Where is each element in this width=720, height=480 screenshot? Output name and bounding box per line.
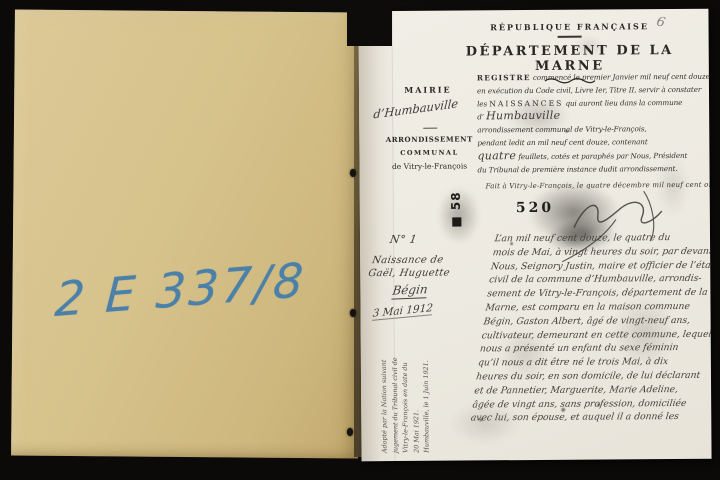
preamble-text: commencé le premier Janvier mil neuf cen… xyxy=(531,72,712,82)
preamble-text: d’ xyxy=(477,113,486,122)
act-line: Bégin, Gaston Albert, âgé de vingt-neuf … xyxy=(483,314,712,329)
act-number: N° 1 xyxy=(389,233,418,246)
commune-fillin: Humbauville xyxy=(486,109,560,123)
department-title: DÉPARTEMENT DE LA MARNE xyxy=(439,42,701,74)
preamble-text: feuillets, cotés et paraphés par Nous, P… xyxy=(516,151,687,161)
registre-word: REGISTRE xyxy=(477,73,531,82)
arrondissement-name: de Vitry-le-François xyxy=(377,161,481,171)
punch-hole xyxy=(350,309,356,317)
preamble-line: en exécution du Code civil, Livre Ier, T… xyxy=(477,84,699,98)
preamble-text: qui auront lieu dans la commune xyxy=(563,98,682,108)
act-given-names: Gaël, Huguette xyxy=(367,268,450,280)
preamble-line: quatre feuillets, cotés et paraphés par … xyxy=(477,149,699,164)
folder-cover: 2 E 337/8 xyxy=(11,9,362,458)
register-page: RÉPUBLIQUE FRANÇAISE DÉPARTEMENT DE LA M… xyxy=(358,9,711,461)
act-surname: Bégin xyxy=(391,282,428,300)
number-stamp-520: 520 xyxy=(516,200,554,216)
act-line: avec lui, son épouse, et auquel il a don… xyxy=(470,410,700,425)
mairie-label: MAIRIE xyxy=(393,84,463,94)
divider-rule xyxy=(558,36,582,38)
preamble-text: les xyxy=(477,99,489,108)
counter-stamp-58: ■ 58 xyxy=(449,191,463,227)
act-line: et de Pannetier, Marguerite, Marie Adeli… xyxy=(473,383,703,398)
act-body-text: L’an mil neuf cent douze, le quatre du m… xyxy=(470,231,712,426)
archive-call-number: 2 E 337/8 xyxy=(53,253,308,328)
naissances-word: NAISSANCES xyxy=(489,98,563,108)
binder-clip xyxy=(347,0,392,46)
act-type: Naissance de xyxy=(371,255,444,267)
archive-scan: 2 E 337/8 RÉPUBLIQUE FRANÇAISE DÉPARTEME… xyxy=(0,0,720,480)
act-line: mois de Mai, à vingt heures du soir, par… xyxy=(492,244,712,259)
act-line: L’an mil neuf cent douze, le quatre du xyxy=(494,231,712,246)
margin-dash xyxy=(423,128,437,129)
preamble-line: REGISTRE commencé le premier Janvier mil… xyxy=(477,71,699,85)
arrondissement-label: ARRONDISSEMENT xyxy=(377,134,481,144)
arrondissement-block: ARRONDISSEMENT COMMUNAL de Vitry-le-Fran… xyxy=(377,134,481,171)
act-line: heures du soir, en son domicile, de lui … xyxy=(475,369,705,384)
punch-hole xyxy=(350,169,356,177)
communal-label: COMMUNAL xyxy=(377,148,481,157)
feuillets-count-fillin: quatre xyxy=(477,149,516,162)
marginal-annotation: Adopté par la Nation suivant jugement du… xyxy=(379,331,444,453)
punch-hole xyxy=(347,428,353,436)
act-line: Marne, est comparu en la maison commune xyxy=(484,300,711,315)
register-preamble: REGISTRE commencé le premier Janvier mil… xyxy=(477,71,700,177)
act-line: nous a présenté un enfant du sexe fémini… xyxy=(479,341,709,356)
note-line: Humbauville, le 1 Juin 1921. xyxy=(421,331,432,453)
